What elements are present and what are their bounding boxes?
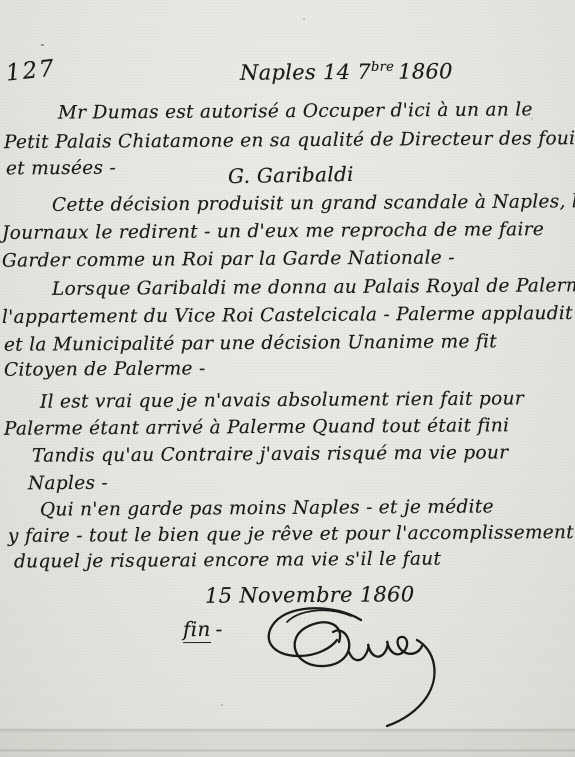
- signature-flourish-icon: [243, 600, 453, 732]
- dateline: Naples 14 7bre1860: [240, 59, 453, 86]
- fin-dash: -: [216, 617, 223, 641]
- page-number: 127: [5, 55, 58, 88]
- body-line: Naples -: [28, 473, 108, 496]
- fin-mark: fin-: [183, 617, 223, 641]
- paper-bottom-shade: [0, 731, 575, 757]
- fin-word: fin: [183, 617, 211, 643]
- paper-fold-line: [0, 749, 575, 752]
- dateline-prefix: Naples 14 7: [240, 60, 371, 85]
- scan-speck: [221, 704, 223, 706]
- garibaldi-signature: G. Garibaldi: [228, 162, 354, 188]
- body-line: l'appartement du Vice Roi Castelcicala -…: [2, 303, 573, 329]
- body-line: Garder comme un Roi par la Garde Nationa…: [2, 247, 455, 272]
- manuscript-letter-scan: 127 Naples 14 7bre1860 Mr Dumas est auto…: [0, 0, 575, 757]
- dumas-signature: [243, 600, 453, 732]
- body-line: Cette décision produisit un grand scanda…: [52, 191, 575, 217]
- scan-speck: [41, 44, 44, 46]
- body-line: Tandis qu'au Contraire j'avais risqué ma…: [32, 442, 508, 468]
- decree-line: et musées -: [6, 158, 116, 181]
- decree-line: Petit Palais Chiatamone en sa qualité de…: [4, 128, 575, 154]
- body-line: Citoyen de Palerme -: [4, 358, 206, 382]
- body-line: y faire - tout le bien que je rêve et po…: [8, 522, 574, 548]
- decree-line: Mr Dumas est autorisé a Occuper d'ici à …: [58, 99, 533, 125]
- body-line: Palerme étant arrivé à Palerme Quand tou…: [4, 415, 509, 441]
- dateline-year: 1860: [398, 59, 453, 83]
- body-line: Qui n'en garde pas moins Naples - et je …: [40, 496, 494, 521]
- body-line: Il est vrai que je n'avais absolument ri…: [40, 388, 524, 414]
- scan-speck: [531, 118, 533, 120]
- body-line: et la Municipalité par une décision Unan…: [4, 331, 497, 357]
- body-line: Journaux le redirent - un d'eux me repro…: [2, 219, 544, 245]
- scan-speck: [303, 18, 305, 20]
- body-line: Lorsque Garibaldi me donna au Palais Roy…: [52, 275, 575, 301]
- body-line: duquel je risquerai encore ma vie s'il l…: [14, 549, 441, 574]
- dateline-month-superscript: bre: [371, 60, 394, 75]
